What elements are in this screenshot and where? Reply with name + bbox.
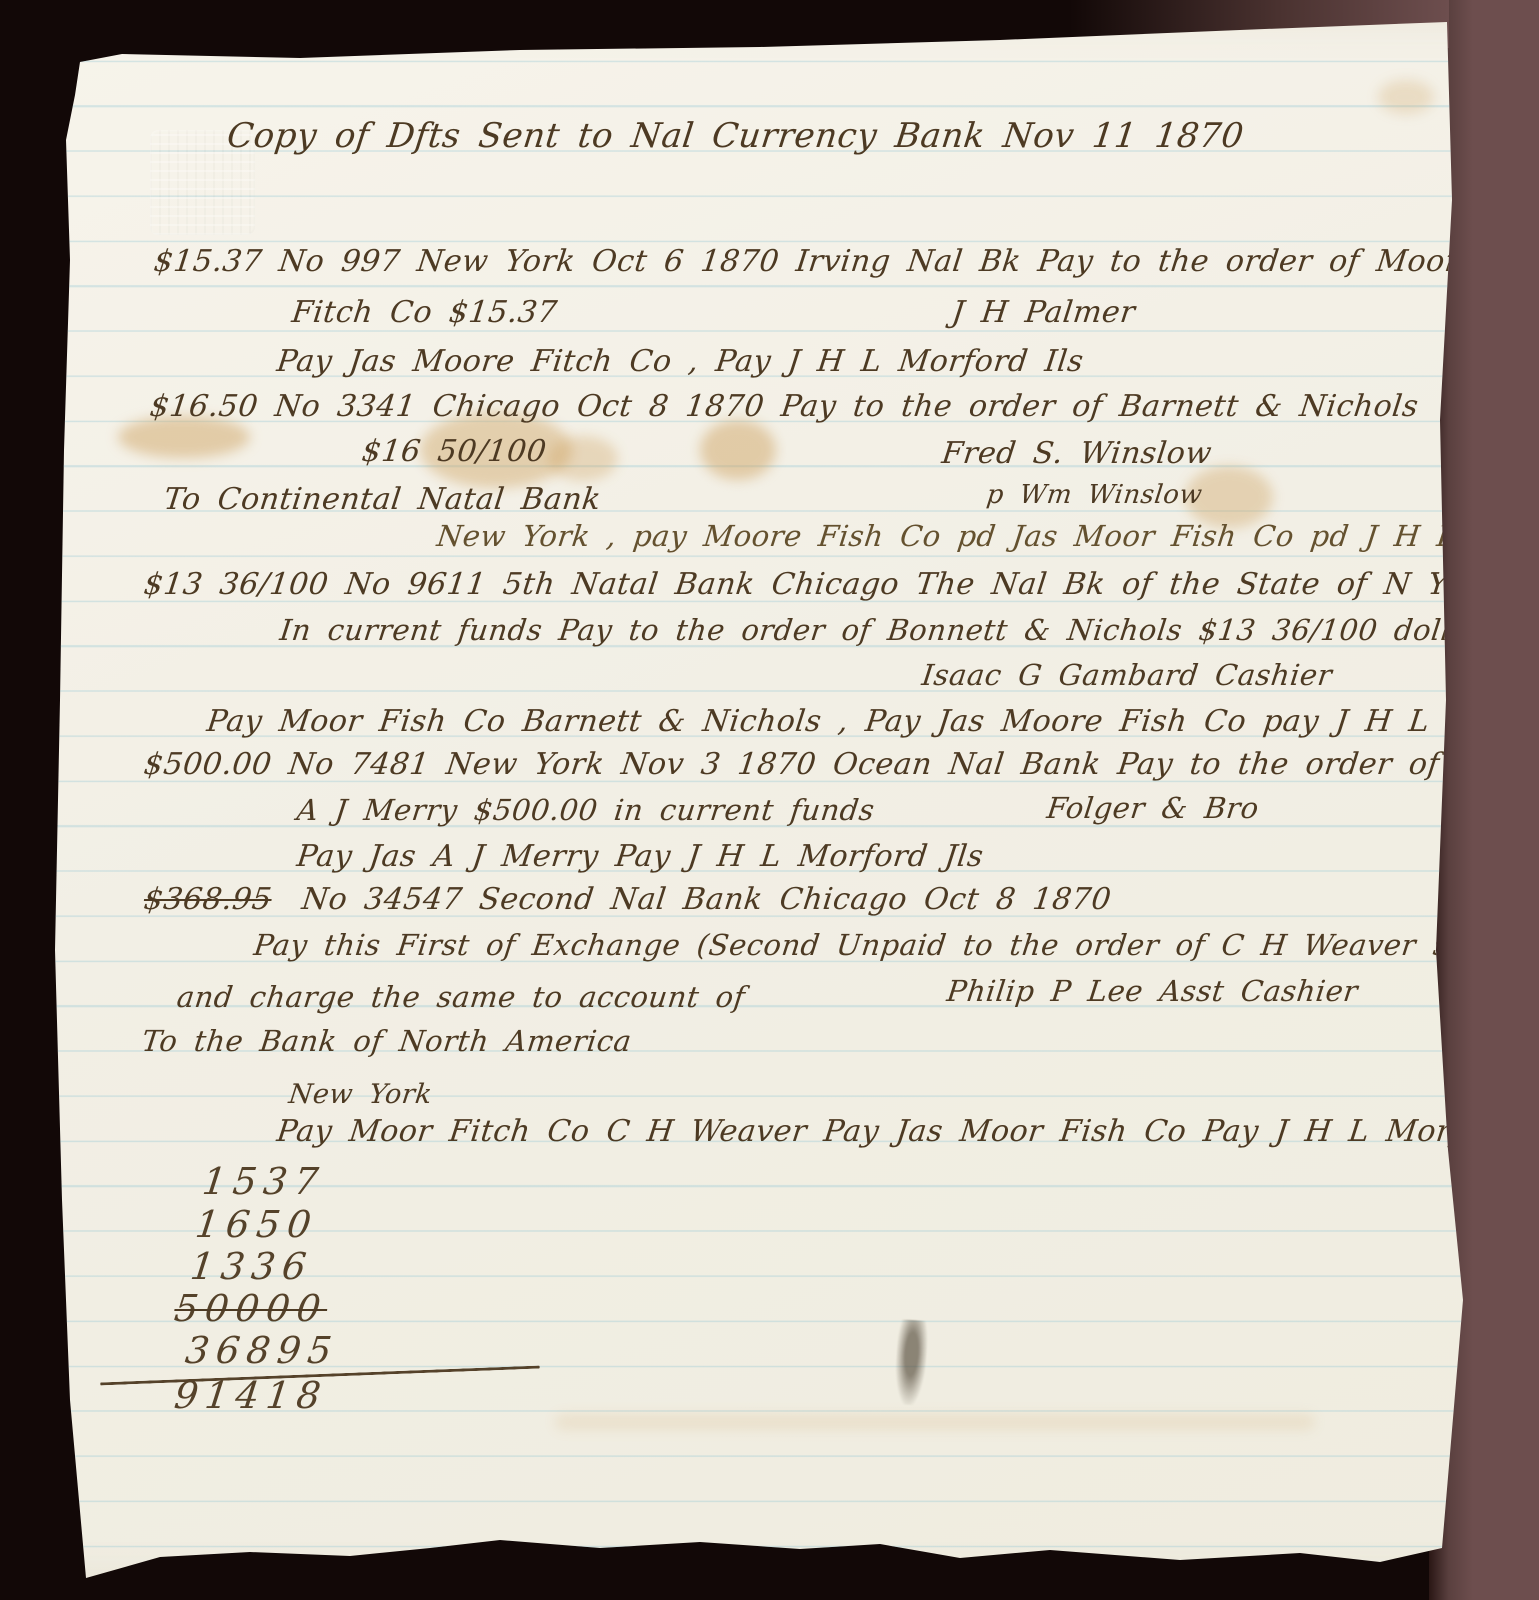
draft1-line1: $15.37 No 997 New York Oct 6 1870 Irving… [152, 245, 1480, 278]
sum-total: 91418 [172, 1376, 330, 1417]
stain [700, 420, 776, 480]
stain [555, 1414, 1315, 1430]
draft4-line1: $500.00 No 7481 New York Nov 3 1870 Ocea… [142, 748, 1441, 781]
draft5-signature: Philip P Lee Asst Cashier [945, 976, 1360, 1008]
title-line: Copy of Dfts Sent to Nal Currency Bank N… [225, 118, 1246, 155]
draft4-signature: Folger & Bro [1045, 793, 1261, 825]
draft5-line1: No 34547 Second Nal Bank Chicago Oct 8 1… [300, 883, 1113, 916]
sum-row-5: 36895 [183, 1331, 341, 1372]
draft2-drawee: To Continental Natal Bank [162, 483, 603, 516]
draft4-endorsements: Pay Jas A J Merry Pay J H L Morford Jls [295, 840, 985, 873]
photo-backdrop: Copy of Dfts Sent to Nal Currency Bank N… [0, 0, 1539, 1600]
draft3-pay-line: In current funds Pay to the order of Bon… [278, 615, 1500, 647]
draft4-payee-line: A J Merry $500.00 in current funds [295, 795, 876, 827]
sum-row-3: 1336 [188, 1247, 315, 1288]
draft2-signature: Fred S. Winslow [940, 437, 1214, 470]
draft2-amount: $16 50/100 [360, 435, 548, 468]
draft5-drawee: To the Bank of North America [140, 1026, 633, 1058]
draft5-amount: $368.95 [142, 883, 274, 916]
sum-row-2: 1650 [193, 1205, 320, 1246]
document-paper: Copy of Dfts Sent to Nal Currency Bank N… [0, 0, 1539, 1600]
draft3-line1: $13 36/100 No 9611 5th Natal Bank Chicag… [142, 568, 1450, 601]
draft3-endorsement-line: New York , pay Moore Fish Co pd Jas Moor… [435, 521, 1539, 553]
draft5-charge-line: and charge the same to account of [175, 982, 747, 1014]
draft3-signature: Isaac G Gambard Cashier [920, 660, 1334, 692]
stain [1378, 80, 1434, 114]
ink-smudge [893, 1319, 929, 1406]
draft1-signature: J H Palmer [950, 296, 1137, 329]
draft1-endorsements: Pay Jas Moore Fitch Co , Pay J H L Morfo… [275, 345, 1085, 378]
draft3-endorsements: Pay Moor Fish Co Barnett & Nichols , Pay… [205, 705, 1539, 738]
stain [548, 436, 618, 481]
sum-row-1: 1537 [200, 1162, 327, 1203]
draft5-place: New York [287, 1080, 434, 1110]
draft1-line2-left: Fitch Co $15.37 [290, 296, 559, 329]
sum-row-4: 50000 [172, 1289, 330, 1330]
draft2-line1: $16.50 No 3341 Chicago Oct 8 1870 Pay to… [148, 390, 1420, 423]
draft5-endorsements: Pay Moor Fitch Co C H Weaver Pay Jas Moo… [275, 1115, 1539, 1148]
draft2-per-signature: p Wm Winslow [985, 481, 1204, 510]
draft5-pay-line: Pay this First of Exchange (Second Unpai… [252, 930, 1539, 962]
